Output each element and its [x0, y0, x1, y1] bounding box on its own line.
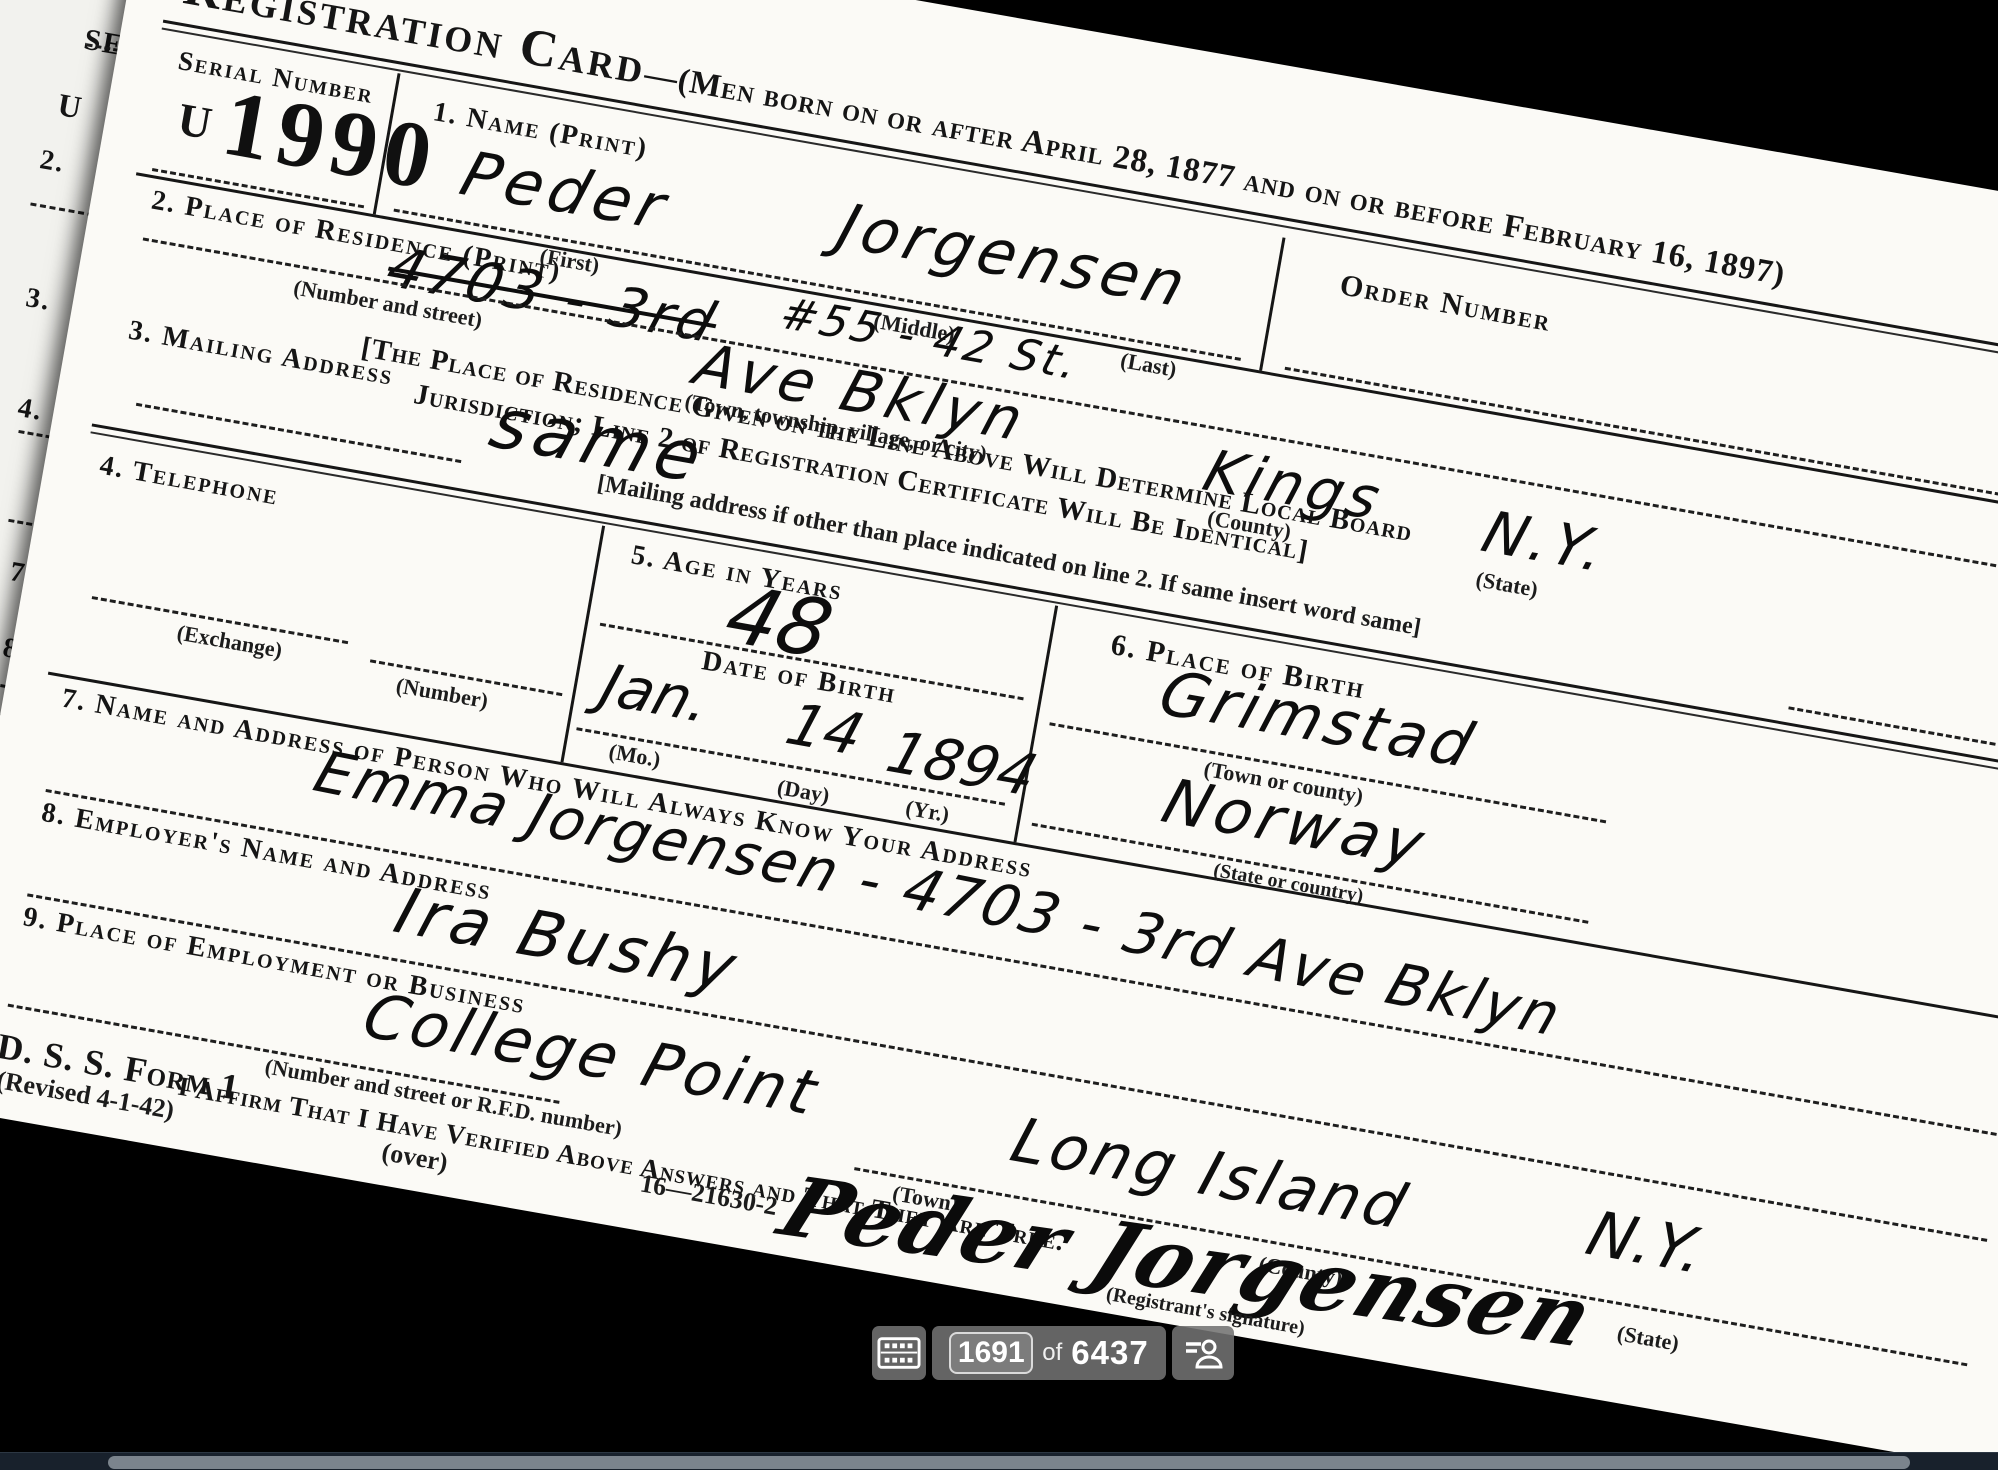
person-index-button[interactable] — [1172, 1326, 1234, 1380]
film-strip-button[interactable] — [872, 1326, 926, 1380]
registration-card-scan[interactable]: Registration Card—(Men born on or after … — [0, 0, 1998, 1470]
horizontal-scrollbar-thumb[interactable] — [108, 1456, 1910, 1469]
order-number-label: Order Number — [1337, 268, 1554, 339]
page-number-input[interactable] — [949, 1332, 1033, 1374]
dob-day-value: 14 — [779, 690, 872, 768]
page-navigation: of 6437 — [932, 1326, 1166, 1380]
dob-month-value: Jan. — [593, 651, 719, 735]
viewer-stage: SE U 2. 3. 4. 7. 8. 9. Registration Card… — [0, 0, 1998, 1470]
page-of-label: of — [1042, 1339, 1062, 1367]
mailing-label: 3. Mailing Address — [126, 315, 396, 393]
serial-number-value: 1990 — [215, 69, 446, 213]
mailing-fill-line — [1788, 706, 1998, 759]
person-index-icon — [1183, 1336, 1223, 1370]
page-total-label: 6437 — [1071, 1334, 1148, 1372]
rule — [162, 28, 1998, 380]
card-header-subtitle: —(Men born on or after April 28, 1877 an… — [642, 56, 1789, 293]
name-last-value: Jorgensen — [829, 190, 1198, 322]
employment-sub-state: (State) — [1615, 1320, 1681, 1356]
column-divider — [560, 526, 605, 763]
column-divider — [1259, 237, 1285, 370]
horizontal-scrollbar-track[interactable] — [0, 1452, 1998, 1470]
film-strip-icon — [877, 1336, 921, 1370]
serial-number-prefix: U — [174, 92, 218, 150]
viewer-toolbar: of 6437 — [872, 1326, 1234, 1380]
